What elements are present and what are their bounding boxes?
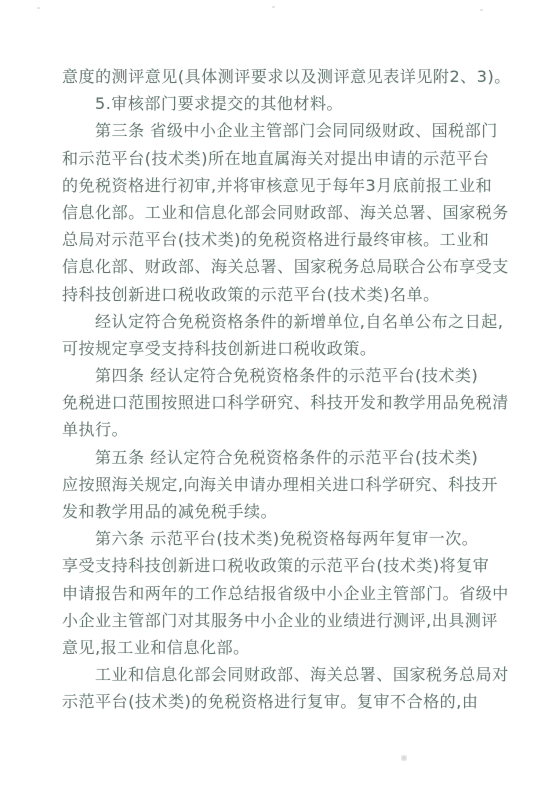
text-line: 第四条 经认定符合免税资格条件的示范平台(技术类) [62,362,502,389]
scanned-document-page: 意度的测评意见(具体测评要求以及测评意见表详见附2、3)。 5.审核部门要求提交… [0,0,550,789]
text-line: 示范平台(技术类)的免税资格进行复审。复审不合格的,由 [62,688,502,715]
text-line: 应按照海关规定,向海关申请办理相关进口科学研究、科技开 [62,471,502,498]
text-line: 申请报告和两年的工作总结报省级中小企业主管部门。省级中 [62,580,502,607]
text-line: 免税进口范围按照进口科学研究、科技开发和教学用品免税清 [62,389,502,416]
text-line: 第五条 经认定符合免税资格条件的示范平台(技术类) [62,444,502,471]
text-line: 小企业主管部门对其服务中小企业的业绩进行测评,出具测评 [62,607,502,634]
text-line: 发和教学用品的减免税手续。 [62,498,502,525]
text-line: 和示范平台(技术类)所在地直属海关对提出申请的示范平台 [62,145,502,172]
scan-speck [272,6,275,8]
text-line: 意见,报工业和信息化部。 [62,634,502,661]
document-text-block: 意度的测评意见(具体测评要求以及测评意见表详见附2、3)。 5.审核部门要求提交… [62,63,502,716]
text-line: 第三条 省级中小企业主管部门会同同级财政、国税部门 [62,117,502,144]
text-line: 可按规定享受支持科技创新进口税收政策。 [62,335,502,362]
text-line: 第六条 示范平台(技术类)免税资格每两年复审一次。 [62,525,502,552]
text-line: 意度的测评意见(具体测评要求以及测评意见表详见附2、3)。 [62,63,502,90]
text-line: 的免税资格进行初审,并将审核意见于每年3月底前报工业和 [62,172,502,199]
text-line: 信息化部、财政部、海关总署、国家税务总局联合公布享受支 [62,253,502,280]
text-line: 持科技创新进口税收政策的示范平台(技术类)名单。 [62,281,502,308]
text-line: 信息化部。工业和信息化部会同财政部、海关总署、国家税务 [62,199,502,226]
scan-artifact [401,755,407,761]
text-line: 享受支持科技创新进口税收政策的示范平台(技术类)将复审 [62,552,502,579]
text-line: 5.审核部门要求提交的其他材料。 [62,90,502,117]
scan-speck [480,9,483,11]
scan-speck [37,7,40,9]
text-line: 工业和信息化部会同财政部、海关总署、国家税务总局对 [62,661,502,688]
text-line: 总局对示范平台(技术类)的免税资格进行最终审核。工业和 [62,226,502,253]
text-line: 单执行。 [62,416,502,443]
text-line: 经认定符合免税资格条件的新增单位,自名单公布之日起, [62,308,502,335]
